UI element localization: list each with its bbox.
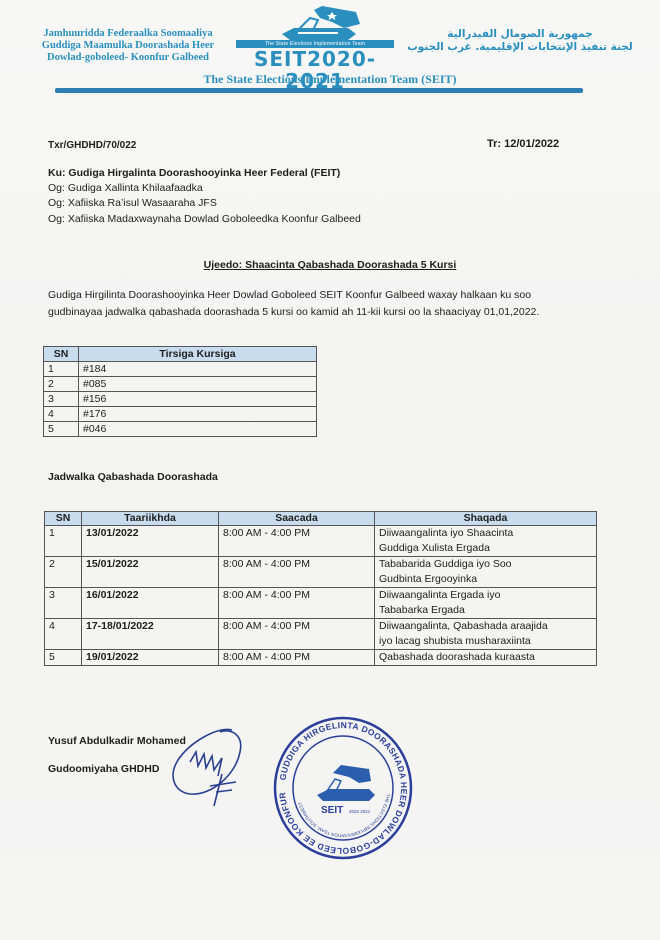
cc-line: Og: Xafiiska Madaxwaynaha Dowlad Gobolee… xyxy=(48,211,361,227)
row-number: 3 xyxy=(45,588,82,619)
schedule-task: Diiwaangalinta, Qabashada araajidaiyo la… xyxy=(375,619,597,650)
column-header: Taariikhda xyxy=(82,512,219,526)
row-number: 1 xyxy=(44,362,79,377)
row-number: 5 xyxy=(45,650,82,666)
row-number: 5 xyxy=(44,422,79,437)
letter-date: Tr: 12/01/2022 xyxy=(487,136,559,152)
stamp-center-text: SEIT xyxy=(321,805,343,816)
task-line: Diiwaangalinta, Qabashada araajida xyxy=(379,619,592,634)
schedule-title: Jadwalka Qabashada Doorashada xyxy=(48,469,218,485)
seit-logo: The State Elections Implementation Team … xyxy=(236,4,394,78)
task-line: Guddiga Xulista Ergada xyxy=(379,541,592,556)
table-row: 316/01/20228:00 AM - 4:00 PMDiiwaangalin… xyxy=(45,588,597,619)
logo-wordmark: SEIT2020-2021 xyxy=(236,48,394,70)
cc-line: Og: Gudiga Xallinta Khilaafaadka xyxy=(48,180,203,196)
schedule-task: Tababarida Guddiga iyo SooGudbinta Ergoo… xyxy=(375,557,597,588)
schedule-time: 8:00 AM - 4:00 PM xyxy=(219,557,375,588)
handwritten-signature-icon xyxy=(160,722,250,812)
table-row: 215/01/20228:00 AM - 4:00 PMTababarida G… xyxy=(45,557,597,588)
signer-role: Gudoomiyaha GHDHD xyxy=(48,761,159,777)
schedule-date: 16/01/2022 xyxy=(82,588,219,619)
task-line: Tababarka Ergada xyxy=(379,603,592,618)
seat-number: #085 xyxy=(79,377,317,392)
row-number: 2 xyxy=(45,557,82,588)
table-row: 519/01/20228:00 AM - 4:00 PMQabashada do… xyxy=(45,650,597,666)
body-text: Gudiga Hirgilinta Doorashooyinka Heer Do… xyxy=(48,287,531,303)
body-text: gudbinayaa jadwalka qabashada doorashada… xyxy=(48,304,539,320)
row-number: 4 xyxy=(44,407,79,422)
task-line: Diiwaangalinta iyo Shaacinta xyxy=(379,526,592,541)
seat-number: #176 xyxy=(79,407,317,422)
row-number: 1 xyxy=(45,526,82,557)
task-line: Qabashada doorashada kuraasta xyxy=(379,650,592,665)
task-line: iyo lacag shubista musharaxiinta xyxy=(379,634,592,649)
row-number: 4 xyxy=(45,619,82,650)
schedule-time: 8:00 AM - 4:00 PM xyxy=(219,526,375,557)
table-row: 417-18/01/20228:00 AM - 4:00 PMDiiwaanga… xyxy=(45,619,597,650)
reference-number: Txr/GHDHD/70/022 xyxy=(48,138,136,154)
schedule-date: 17-18/01/2022 xyxy=(82,619,219,650)
schedule-date: 19/01/2022 xyxy=(82,650,219,666)
letterhead-line: Guddiga Maamulka Doorashada Heer xyxy=(22,40,234,52)
table-row: 5#046 xyxy=(44,422,317,437)
table-header-row: SN Taariikhda Saacada Shaqada xyxy=(45,512,597,526)
column-header: Saacada xyxy=(219,512,375,526)
schedule-date: 13/01/2022 xyxy=(82,526,219,557)
stamp-years: 2020 2021 xyxy=(349,809,371,814)
task-line: Gudbinta Ergooyinka xyxy=(379,572,592,587)
recipient: Ku: Gudiga Hirgalinta Doorashooyinka Hee… xyxy=(48,165,340,181)
table-row: 113/01/20228:00 AM - 4:00 PMDiiwaangalin… xyxy=(45,526,597,557)
column-header: SN xyxy=(45,512,82,526)
schedule-time: 8:00 AM - 4:00 PM xyxy=(219,588,375,619)
column-header: SN xyxy=(44,347,79,362)
subject-line: Ujeedo: Shaacinta Qabashada Doorashada 5… xyxy=(0,257,660,273)
seat-number: #184 xyxy=(79,362,317,377)
table-row: 2#085 xyxy=(44,377,317,392)
ballot-hand-icon xyxy=(236,4,394,44)
table-row: 4#176 xyxy=(44,407,317,422)
table-row: 3#156 xyxy=(44,392,317,407)
letterhead-line: Dowlad-goboleed- Koonfur Galbeed xyxy=(22,52,234,64)
letterhead-line: لجنة تنفيذ الإنتخابات الإقليمية. غرب الج… xyxy=(405,41,635,54)
row-number: 2 xyxy=(44,377,79,392)
letter-page: Jamhuuridda Federaalka Soomaaliya Guddig… xyxy=(0,0,660,940)
column-header: Shaqada xyxy=(375,512,597,526)
schedule-table: SN Taariikhda Saacada Shaqada 113/01/202… xyxy=(44,511,597,666)
schedule-time: 8:00 AM - 4:00 PM xyxy=(219,619,375,650)
letterhead-line: Jamhuuridda Federaalka Soomaaliya xyxy=(22,28,234,40)
letterhead-arabic: جمهورية الصومال الفيدرالية لجنة تنفيذ ال… xyxy=(405,28,635,54)
letterhead-line: جمهورية الصومال الفيدرالية xyxy=(405,28,635,41)
schedule-task: Diiwaangalinta iyo ShaacintaGuddiga Xuli… xyxy=(375,526,597,557)
schedule-date: 15/01/2022 xyxy=(82,557,219,588)
letterhead-title: The State Elections Implementation Team … xyxy=(0,72,660,87)
cc-line: Og: Xafiiska Ra’isul Wasaaraha JFS xyxy=(48,195,217,211)
row-number: 3 xyxy=(44,392,79,407)
seat-number: #156 xyxy=(79,392,317,407)
official-stamp-icon: GUDDIGA HIRGELINTA DOORASHADA HEER DOWLA… xyxy=(273,713,413,863)
schedule-task: Diiwaangalinta Ergada iyoTababarka Ergad… xyxy=(375,588,597,619)
task-line: Diiwaangalinta Ergada iyo xyxy=(379,588,592,603)
schedule-time: 8:00 AM - 4:00 PM xyxy=(219,650,375,666)
task-line: Tababarida Guddiga iyo Soo xyxy=(379,557,592,572)
table-row: 1#184 xyxy=(44,362,317,377)
letterhead-divider xyxy=(55,88,583,93)
schedule-task: Qabashada doorashada kuraasta xyxy=(375,650,597,666)
letterhead-somali: Jamhuuridda Federaalka Soomaaliya Guddig… xyxy=(22,28,234,64)
seats-table: SN Tirsiga Kursiga 1#1842#0853#1564#1765… xyxy=(43,346,317,437)
table-header-row: SN Tirsiga Kursiga xyxy=(44,347,317,362)
column-header: Tirsiga Kursiga xyxy=(79,347,317,362)
seat-number: #046 xyxy=(79,422,317,437)
